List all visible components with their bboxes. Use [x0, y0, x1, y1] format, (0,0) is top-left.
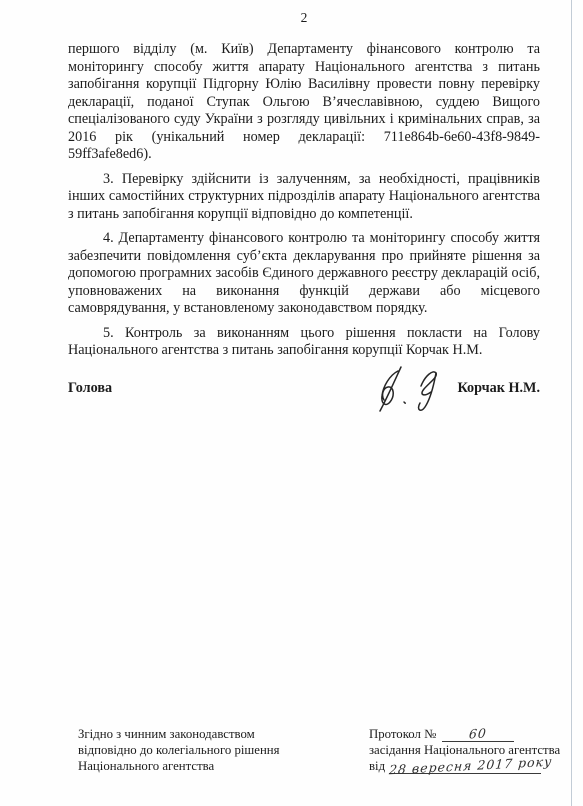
date-blank: 28 вересня 2017 року	[389, 759, 541, 774]
signer-title: Голова	[68, 380, 112, 397]
footer-legal-line-3: Національного агентства	[78, 758, 280, 774]
document-page: 2 першого відділу (м. Київ) Департаменту…	[0, 0, 583, 806]
signature-group: Корчак Н.М.	[377, 362, 540, 414]
signer-name: Корчак Н.М.	[457, 380, 540, 397]
footer-legal-line-1: Згідно з чинним законодавством	[78, 726, 280, 742]
footer-legal-line-2: відповідно до колегіального рішення	[78, 742, 280, 758]
document-body: першого відділу (м. Київ) Департаменту ф…	[68, 41, 540, 367]
paragraph-continuation: першого відділу (м. Київ) Департаменту ф…	[68, 41, 540, 164]
scan-edge-line	[571, 0, 572, 806]
paragraph-item-4: 4. Департаменту фінансового контролю та …	[68, 230, 540, 318]
protocol-number-blank: 60	[442, 727, 514, 742]
date-handwritten: 28 вересня 2017 року	[389, 755, 553, 777]
protocol-label: Протокол №	[369, 727, 436, 741]
protocol-line: Протокол №60	[369, 726, 569, 742]
protocol-number-handwritten: 60	[469, 726, 488, 740]
protocol-date-line: від28 вересня 2017 року	[369, 758, 569, 774]
footer-protocol-note: Протокол №60 засідання Національного аге…	[369, 726, 569, 774]
footer-legal-note: Згідно з чинним законодавством відповідн…	[78, 726, 280, 774]
paragraph-item-3: 3. Перевірку здійснити із залученням, за…	[68, 171, 540, 224]
signature-icon	[377, 362, 447, 414]
page-number: 2	[68, 10, 540, 26]
date-label: від	[369, 759, 385, 773]
paragraph-item-5: 5. Контроль за виконанням цього рішення …	[68, 325, 540, 360]
signature-row: Голова Корчак Н.М.	[68, 362, 540, 414]
